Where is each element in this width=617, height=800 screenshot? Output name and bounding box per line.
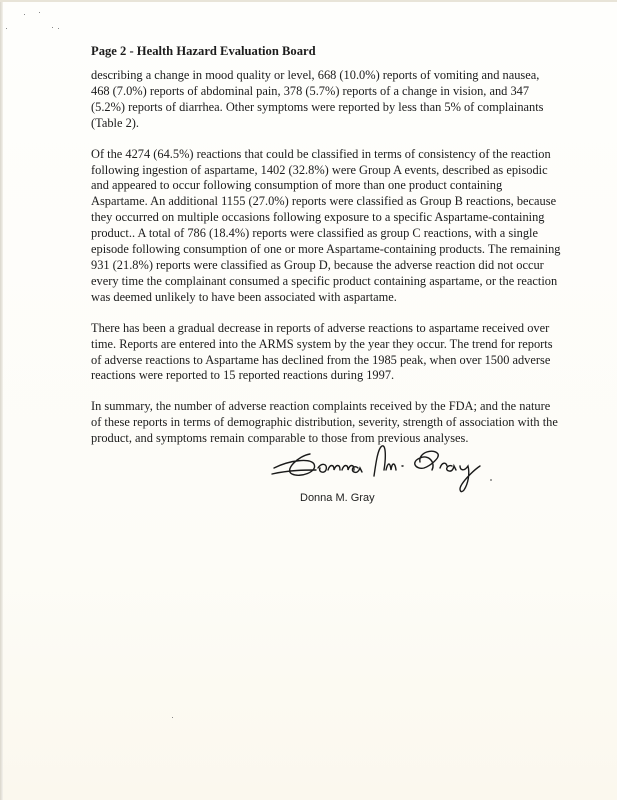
scan-edge-left bbox=[0, 0, 3, 800]
paragraph-classification: Of the 4274 (64.5%) reactions that could… bbox=[91, 147, 561, 306]
scan-speck bbox=[39, 12, 40, 13]
signer-name: Donna M. Gray bbox=[300, 492, 375, 504]
scan-speck bbox=[58, 28, 59, 29]
scan-speck bbox=[6, 28, 7, 29]
scan-edge-top bbox=[0, 0, 617, 2]
document-body: Page 2 - Health Hazard Evaluation Board … bbox=[91, 44, 561, 462]
scan-speck bbox=[172, 717, 173, 718]
paragraph-trend: There has been a gradual decrease in rep… bbox=[91, 321, 561, 385]
scan-speck bbox=[52, 27, 53, 28]
document-page: Page 2 - Health Hazard Evaluation Board … bbox=[0, 0, 617, 800]
paragraph-symptoms: describing a change in mood quality or l… bbox=[91, 68, 561, 132]
scan-speck bbox=[24, 14, 25, 15]
page-header: Page 2 - Health Hazard Evaluation Board bbox=[91, 44, 561, 59]
handwritten-signature-icon bbox=[270, 440, 510, 495]
signature-block: Donna M. Gray bbox=[270, 440, 510, 510]
